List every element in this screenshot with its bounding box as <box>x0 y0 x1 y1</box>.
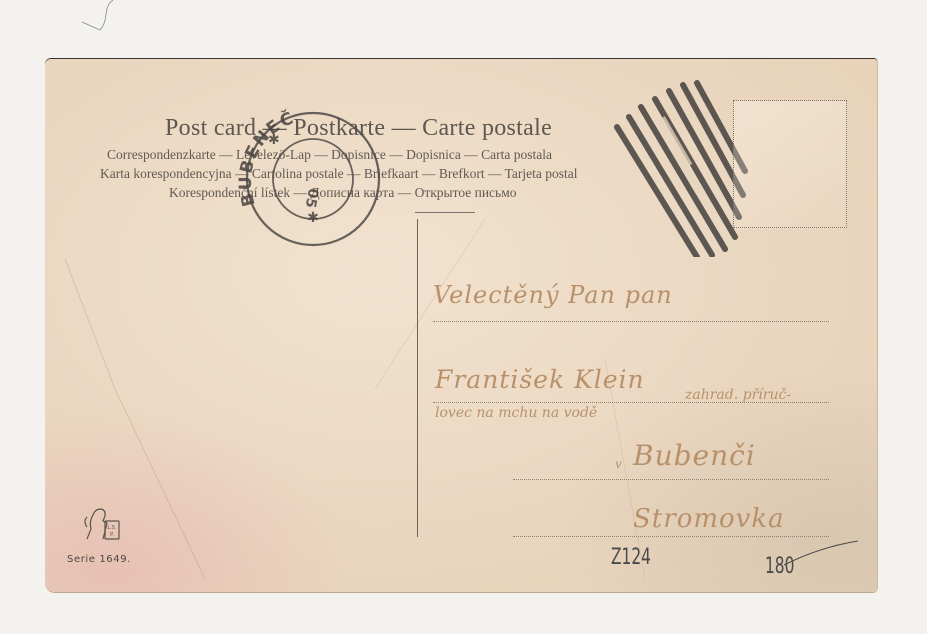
svg-text:L.S.: L.S. <box>107 525 117 531</box>
series-number: Serie 1649. <box>67 554 131 565</box>
recipient-town: Bubenči <box>633 439 756 472</box>
pencil-stroke <box>780 537 860 567</box>
address-prefix: v <box>615 457 622 471</box>
round-postmark: BUBENEČ ✱ ✱ 05 <box>238 104 388 254</box>
svg-text:BUBENEČ: BUBENEČ <box>238 106 298 209</box>
svg-text:05: 05 <box>302 187 321 209</box>
recipient-street: Stromovka <box>633 504 785 534</box>
recipient-name: František Klein <box>435 365 645 394</box>
address-line-1 <box>433 321 829 322</box>
postcard-back: Post card — Postkarte — Carte postale Co… <box>45 59 877 592</box>
recipient-title: zahrad. příruč- <box>685 387 791 403</box>
message-address-divider <box>417 219 418 537</box>
scan-scratch <box>80 0 120 35</box>
svg-text:✱: ✱ <box>268 133 280 148</box>
recipient-occupation: lovec na mchu na vodě <box>435 405 597 421</box>
header-rule <box>415 212 475 213</box>
publisher-lion-logo: L.S. P. <box>79 501 125 547</box>
address-line-3 <box>513 479 829 480</box>
pencil-catalog-number: Z124 <box>611 545 651 570</box>
stamp-placeholder <box>733 100 847 228</box>
svg-text:P.: P. <box>110 532 114 538</box>
svg-text:✱: ✱ <box>307 211 319 226</box>
salutation: Velectěný Pan pan <box>433 281 673 309</box>
